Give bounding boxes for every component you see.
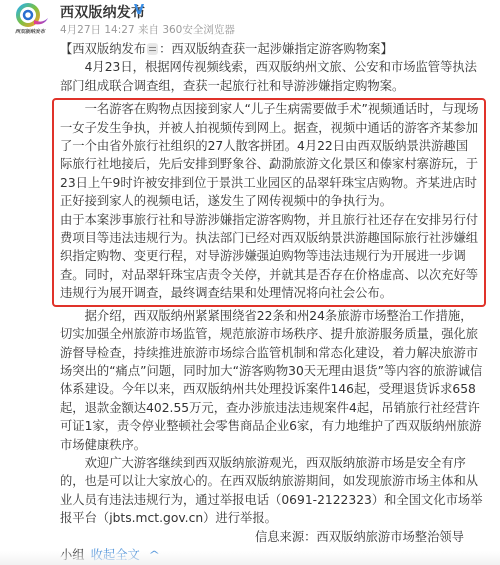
post-title: 【西双版纳发布：西双版纳查获一起涉嫌指定游客购物案】 (60, 40, 484, 58)
post-body: 【西双版纳发布：西双版纳查获一起涉嫌指定游客购物案】 4月23日，根据网传视频线… (60, 40, 484, 565)
title-suffix: ：西双版纳查获一起涉嫌指定游客购物案】 (159, 42, 393, 56)
avatar-caption: 西双版纳发布 (8, 28, 52, 35)
title-prefix: 【西双版纳发布 (60, 42, 146, 56)
avatar[interactable]: 西双版纳发布 (8, 2, 52, 38)
measures-paragraph: 据介绍，西双版纳州紧紧围绕省22条和州24条旅游市场整治工作措施，切实加强全州旅… (60, 307, 484, 454)
incident-paragraph: 一名游客在购物点因接到家人“儿子生病需要做手术”视频通话时，与现场一女子发生争执… (60, 100, 480, 210)
post-header: 西双版纳发布 西双版纳发布 V 4月27日 14:27 来自 360安全浏览器 (0, 0, 500, 38)
welcome-paragraph: 欢迎广大游客继续到西双版纳旅游观光，西双版纳旅游市场是安全有序的，也是可以让大家… (60, 454, 484, 528)
bottom-shade (0, 551, 500, 565)
post-meta: 4月27日 14:27 来自 360安全浏览器 (60, 22, 235, 37)
highlighted-section: 一名游客在购物点因接到家人“儿子生病需要做手术”视频通话时，与现场一女子发生争执… (52, 98, 486, 306)
verified-icon: V (134, 3, 144, 18)
peacock-logo-icon (8, 2, 52, 30)
author-name[interactable]: 西双版纳发布 (60, 2, 145, 22)
document-emoji-icon (147, 43, 158, 55)
source-line: 信息来源：西双版纳旅游市场整治领导 (60, 528, 484, 546)
intro-paragraph: 4月23日，根据网传视频线索，西双版纳州文旅、公安和市场监管等执法部门组成联合调… (60, 58, 484, 95)
investigation-paragraph: 由于本案涉事旅行社和导游涉嫌指定游客购物，并且旅行社还存在安排另行付费项目等违法… (60, 211, 480, 303)
